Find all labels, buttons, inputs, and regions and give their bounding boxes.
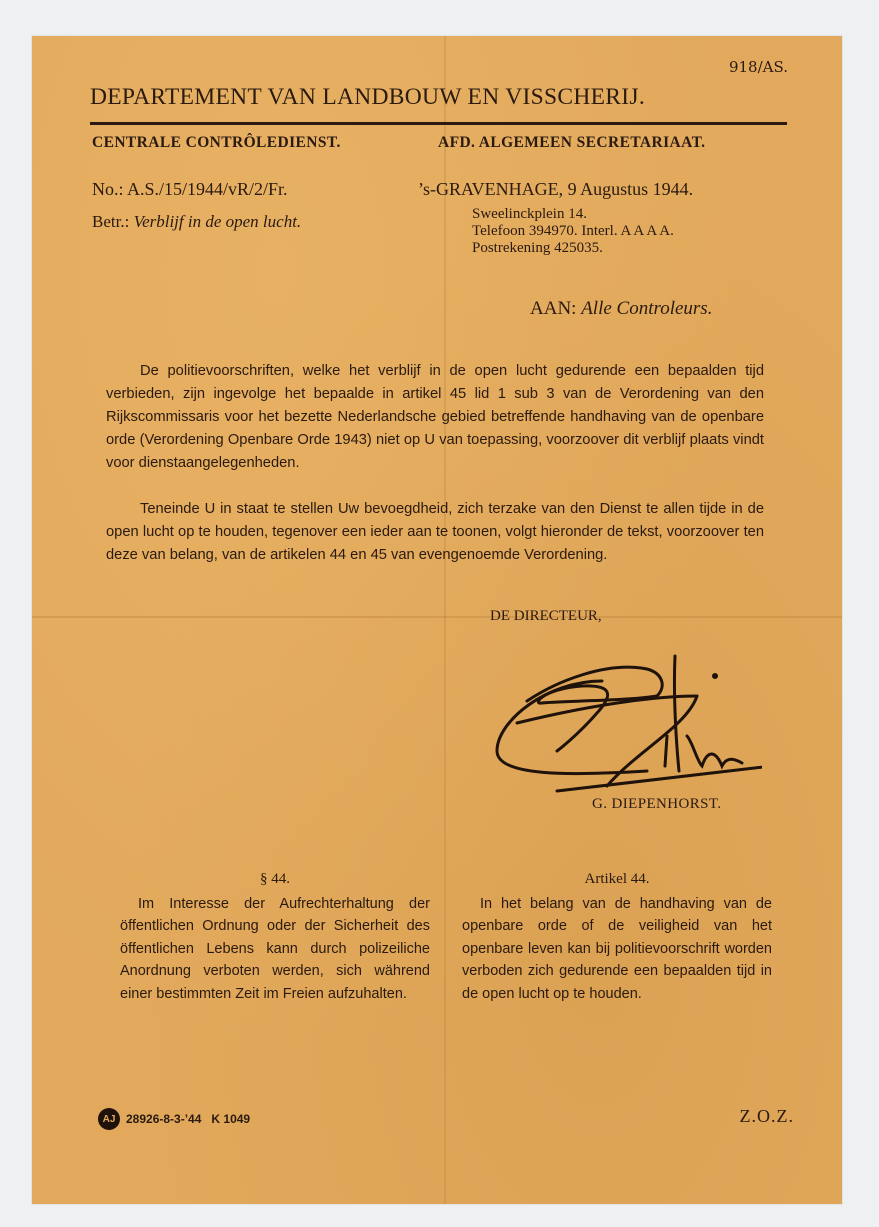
subject-line: Betr.: Verblijf in de open lucht. bbox=[92, 212, 301, 232]
german-heading: § 44. bbox=[120, 868, 430, 891]
header-rule bbox=[90, 122, 787, 125]
german-text: Im Interesse der Aufrechterhaltung der ö… bbox=[120, 893, 430, 1006]
paragraph-1-text: De politievoorschriften, welke het verbl… bbox=[106, 360, 764, 475]
printer-code: 28926-8-3-’44 K 1049 bbox=[126, 1112, 250, 1126]
fold-line-vertical bbox=[444, 36, 446, 1204]
subject-value: Verblijf in de open lucht. bbox=[134, 212, 302, 231]
address-block: Sweelinckplein 14. Telefoon 394970. Inte… bbox=[472, 206, 674, 257]
dutch-heading: Artikel 44. bbox=[462, 868, 772, 891]
paragraph-2-text: Teneinde U in staat te stellen Uw bevoeg… bbox=[106, 498, 764, 567]
turn-over-note: Z.O.Z. bbox=[740, 1106, 795, 1127]
printer-logo-icon: AJ bbox=[98, 1108, 120, 1130]
subject-label: Betr.: bbox=[92, 212, 129, 231]
subheader-left: CENTRALE CONTRÔLEDIENST. bbox=[92, 134, 341, 152]
number-label: No.: bbox=[92, 179, 124, 199]
dutch-text: In het belang van de handhaving van de o… bbox=[462, 893, 772, 1006]
dutch-article-column: Artikel 44. In het belang van de handhav… bbox=[462, 868, 772, 1005]
printer-mark: AJ 28926-8-3-’44 K 1049 bbox=[98, 1108, 250, 1130]
german-article-column: § 44. Im Interesse der Aufrechterhaltung… bbox=[120, 868, 430, 1005]
department-title: DEPARTEMENT VAN LANDBOUW EN VISSCHERIJ. bbox=[90, 84, 645, 111]
signature-icon bbox=[487, 641, 762, 801]
body-paragraph-2: Teneinde U in staat te stellen Uw bevoeg… bbox=[106, 498, 764, 567]
reference-code: 918/AS. bbox=[729, 58, 788, 76]
recipient-line: AAN: Alle Controleurs. bbox=[530, 298, 712, 320]
fold-line-horizontal bbox=[32, 616, 842, 618]
signatory-name: G. DIEPENHORST. bbox=[592, 796, 721, 813]
subheader-right: AFD. ALGEMEEN SECRETARIAAT. bbox=[438, 134, 705, 152]
body-paragraph-1: De politievoorschriften, welke het verbl… bbox=[106, 360, 764, 475]
recipient-label: AAN: bbox=[530, 298, 576, 319]
number-value: A.S./15/1944/vR/2/Fr. bbox=[127, 179, 288, 199]
place-date: ’s-GRAVENHAGE, 9 Augustus 1944. bbox=[418, 179, 693, 200]
letter-page: 918/AS. DEPARTEMENT VAN LANDBOUW EN VISS… bbox=[32, 36, 842, 1204]
closing-title: DE DIRECTEUR, bbox=[490, 608, 602, 625]
recipient-value: Alle Controleurs. bbox=[581, 298, 712, 319]
document-number: No.: A.S./15/1944/vR/2/Fr. bbox=[92, 179, 288, 200]
